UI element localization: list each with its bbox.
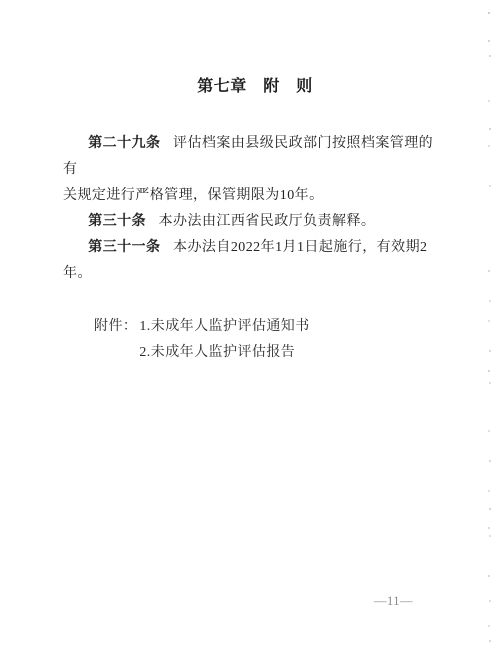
article-31-label: 第三十一条 — [88, 240, 160, 255]
article-29-label: 第二十九条 — [88, 136, 160, 151]
attachments-block: 附件： 1.未成年人监护评估通知书 2.未成年人监护评估报告 — [94, 314, 500, 366]
attachment-item-2: 2.未成年人监护评估报告 — [139, 340, 309, 366]
article-29: 第二十九条评估档案由县级民政部门按照档案管理的有 关规定进行严格管理，保管期限为… — [63, 131, 441, 209]
article-30-text: 本办法由江西省民政厅负责解释。 — [159, 214, 376, 229]
page-number: —11— — [374, 594, 413, 609]
article-30-label: 第三十条 — [88, 214, 146, 229]
article-body: 第二十九条评估档案由县级民政部门按照档案管理的有 关规定进行严格管理，保管期限为… — [63, 131, 441, 287]
attachments-label: 附件： — [94, 314, 137, 366]
attachments-list: 1.未成年人监护评估通知书 2.未成年人监护评估报告 — [139, 314, 309, 366]
chapter-title: 第七章 附 则 — [5, 76, 500, 98]
article-31: 第三十一条本办法自2022年1月1日起施行，有效期2年。 — [63, 235, 441, 287]
scanned-document-page: 第七章 附 则 第二十九条评估档案由县级民政部门按照档案管理的有 关规定进行严格… — [0, 0, 500, 647]
scan-noise-speckles — [488, 12, 490, 14]
article-30: 第三十条本办法由江西省民政厅负责解释。 — [63, 209, 441, 235]
attachment-item-1: 1.未成年人监护评估通知书 — [139, 314, 309, 340]
